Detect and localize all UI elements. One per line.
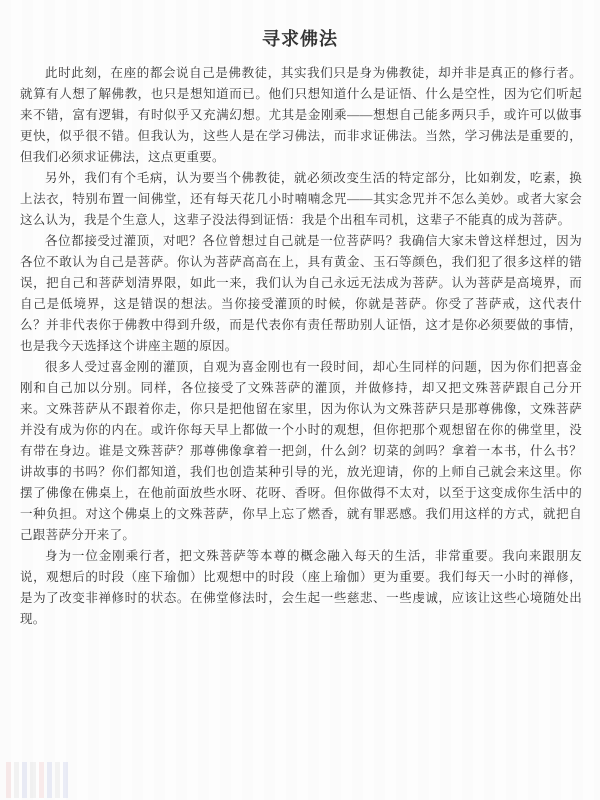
page-title: 寻求佛法	[0, 0, 600, 63]
paragraph-5: 身为一位金刚乘行者，把文殊菩萨等本尊的概念融入每天的生活，非常重要。我向来跟朋友…	[20, 546, 582, 630]
paragraph-3: 各位都接受过灌顶，对吧？各位曾想过自己就是一位菩萨吗？我确信大家未曾这样想过，因…	[20, 231, 582, 357]
document-body: 此时此刻，在座的都会说自己是佛教徒，其实我们只是身为佛教徒，却并非是真正的修行者…	[0, 63, 600, 630]
scan-artifact-marks	[6, 762, 68, 798]
paragraph-2: 另外，我们有个毛病，认为要当个佛教徒，就必须改变生活的特定部分，比如剃发，吃素，…	[20, 168, 582, 231]
paragraph-4: 很多人受过喜金刚的灌顶，自观为喜金刚也有一段时间，却心生同样的问题，因为你们把喜…	[20, 357, 582, 546]
paragraph-1: 此时此刻，在座的都会说自己是佛教徒，其实我们只是身为佛教徒，却并非是真正的修行者…	[20, 63, 582, 168]
document-page: 寻求佛法 此时此刻，在座的都会说自己是佛教徒，其实我们只是身为佛教徒，却并非是真…	[0, 0, 600, 800]
